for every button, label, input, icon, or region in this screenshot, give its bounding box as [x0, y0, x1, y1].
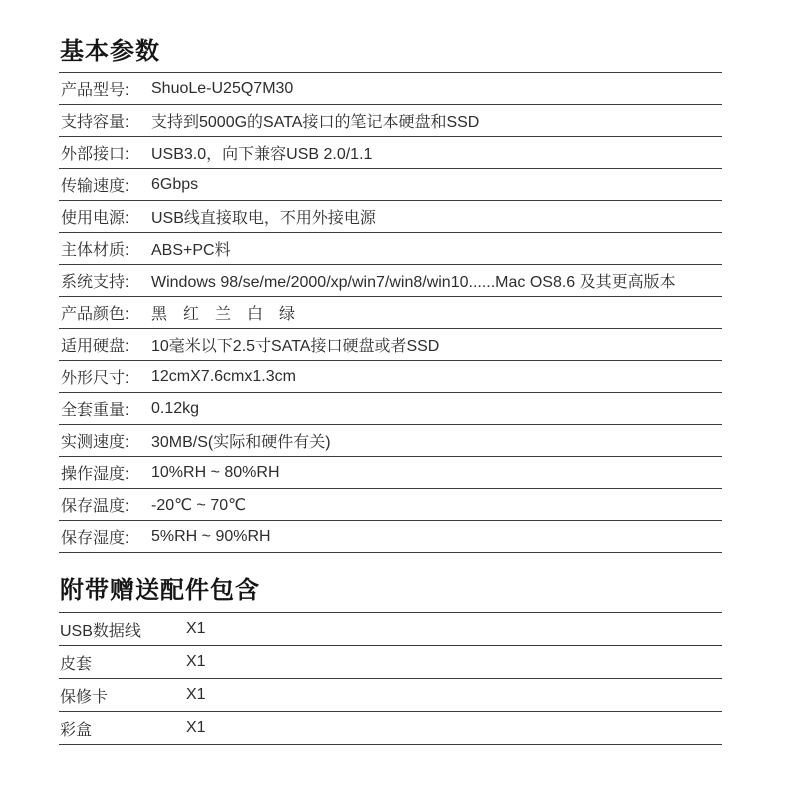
spec-label: 使用电源: — [59, 205, 151, 228]
accessory-row-usb-cable: USB数据线 X1 — [59, 613, 722, 646]
spec-label: 产品颜色: — [59, 301, 151, 324]
accessory-label: USB数据线 — [59, 618, 186, 641]
spec-row-measured-speed: 实测速度: 30MB/S(实际和硬件有关) — [59, 425, 722, 457]
spec-value: 0.12kg — [151, 400, 722, 418]
spec-value: 10%RH ~ 80%RH — [151, 464, 722, 482]
accessories-table: USB数据线 X1 皮套 X1 保修卡 X1 彩盒 X1 — [59, 612, 722, 745]
spec-row-weight: 全套重量: 0.12kg — [59, 393, 722, 425]
spec-value: 30MB/S(实际和硬件有关) — [151, 429, 722, 452]
accessory-row-color-box: 彩盒 X1 — [59, 712, 722, 745]
spec-row-storage-humidity: 保存湿度: 5%RH ~ 90%RH — [59, 521, 722, 553]
spec-value: 支持到5000G的SATA接口的笔记本硬盘和SSD — [151, 109, 722, 132]
spec-label: 保存湿度: — [59, 525, 151, 548]
spec-value: USB线直接取电，不用外接电源 — [151, 205, 722, 228]
spec-row-operating-humidity: 操作湿度: 10%RH ~ 80%RH — [59, 457, 722, 489]
spec-row-compatible-disk: 适用硬盘: 10毫米以下2.5寸SATA接口硬盘或者SSD — [59, 329, 722, 361]
spec-label: 系统支持: — [59, 269, 151, 292]
spec-value: Windows 98/se/me/2000/xp/win7/win8/win10… — [151, 269, 722, 292]
spec-label: 主体材质: — [59, 237, 151, 260]
accessory-quantity: X1 — [186, 620, 722, 638]
basic-parameters-table: 产品型号: ShuoLe-U25Q7M30 支持容量: 支持到5000G的SAT… — [59, 72, 722, 553]
accessory-quantity: X1 — [186, 653, 722, 671]
accessory-quantity: X1 — [186, 719, 722, 737]
spec-row-interface: 外部接口: USB3.0，向下兼容USB 2.0/1.1 — [59, 137, 722, 169]
spec-value: 10毫米以下2.5寸SATA接口硬盘或者SSD — [151, 333, 722, 356]
accessory-row-leather-case: 皮套 X1 — [59, 646, 722, 679]
spec-label: 全套重量: — [59, 397, 151, 420]
spec-label: 保存温度: — [59, 493, 151, 516]
accessory-label: 保修卡 — [59, 684, 186, 707]
spec-label: 外形尺寸: — [59, 365, 151, 388]
accessory-label: 彩盒 — [59, 717, 186, 740]
spec-row-transfer-speed: 传输速度: 6Gbps — [59, 169, 722, 201]
spec-value: 黑 红 兰 白 绿 — [151, 301, 722, 324]
spec-row-os-support: 系统支持: Windows 98/se/me/2000/xp/win7/win8… — [59, 265, 722, 297]
spec-row-model: 产品型号: ShuoLe-U25Q7M30 — [59, 73, 722, 105]
spec-label: 适用硬盘: — [59, 333, 151, 356]
spec-label: 产品型号: — [59, 77, 151, 100]
spec-value: -20℃ ~ 70℃ — [151, 495, 722, 515]
accessory-row-warranty-card: 保修卡 X1 — [59, 679, 722, 712]
basic-parameters-title: 基本参数 — [60, 38, 722, 65]
spec-row-dimensions: 外形尺寸: 12cmX7.6cmx1.3cm — [59, 361, 722, 393]
spec-value: USB3.0，向下兼容USB 2.0/1.1 — [151, 141, 722, 164]
accessory-label: 皮套 — [59, 651, 186, 674]
spec-row-material: 主体材质: ABS+PC料 — [59, 233, 722, 265]
spec-label: 支持容量: — [59, 109, 151, 132]
spec-row-power: 使用电源: USB线直接取电，不用外接电源 — [59, 201, 722, 233]
spec-row-storage-temperature: 保存温度: -20℃ ~ 70℃ — [59, 489, 722, 521]
spec-label: 操作湿度: — [59, 461, 151, 484]
spec-value: 6Gbps — [151, 176, 722, 194]
spec-row-capacity: 支持容量: 支持到5000G的SATA接口的笔记本硬盘和SSD — [59, 105, 722, 137]
spec-value: 12cmX7.6cmx1.3cm — [151, 368, 722, 386]
spec-row-color: 产品颜色: 黑 红 兰 白 绿 — [59, 297, 722, 329]
spec-value: ABS+PC料 — [151, 237, 722, 260]
accessory-quantity: X1 — [186, 686, 722, 704]
accessories-title: 附带赠送配件包含 — [60, 577, 722, 604]
spec-label: 传输速度: — [59, 173, 151, 196]
spec-label: 外部接口: — [59, 141, 151, 164]
spec-value: 5%RH ~ 90%RH — [151, 528, 722, 546]
spec-label: 实测速度: — [59, 429, 151, 452]
spec-sheet: 基本参数 产品型号: ShuoLe-U25Q7M30 支持容量: 支持到5000… — [59, 38, 722, 745]
spec-value: ShuoLe-U25Q7M30 — [151, 80, 722, 98]
